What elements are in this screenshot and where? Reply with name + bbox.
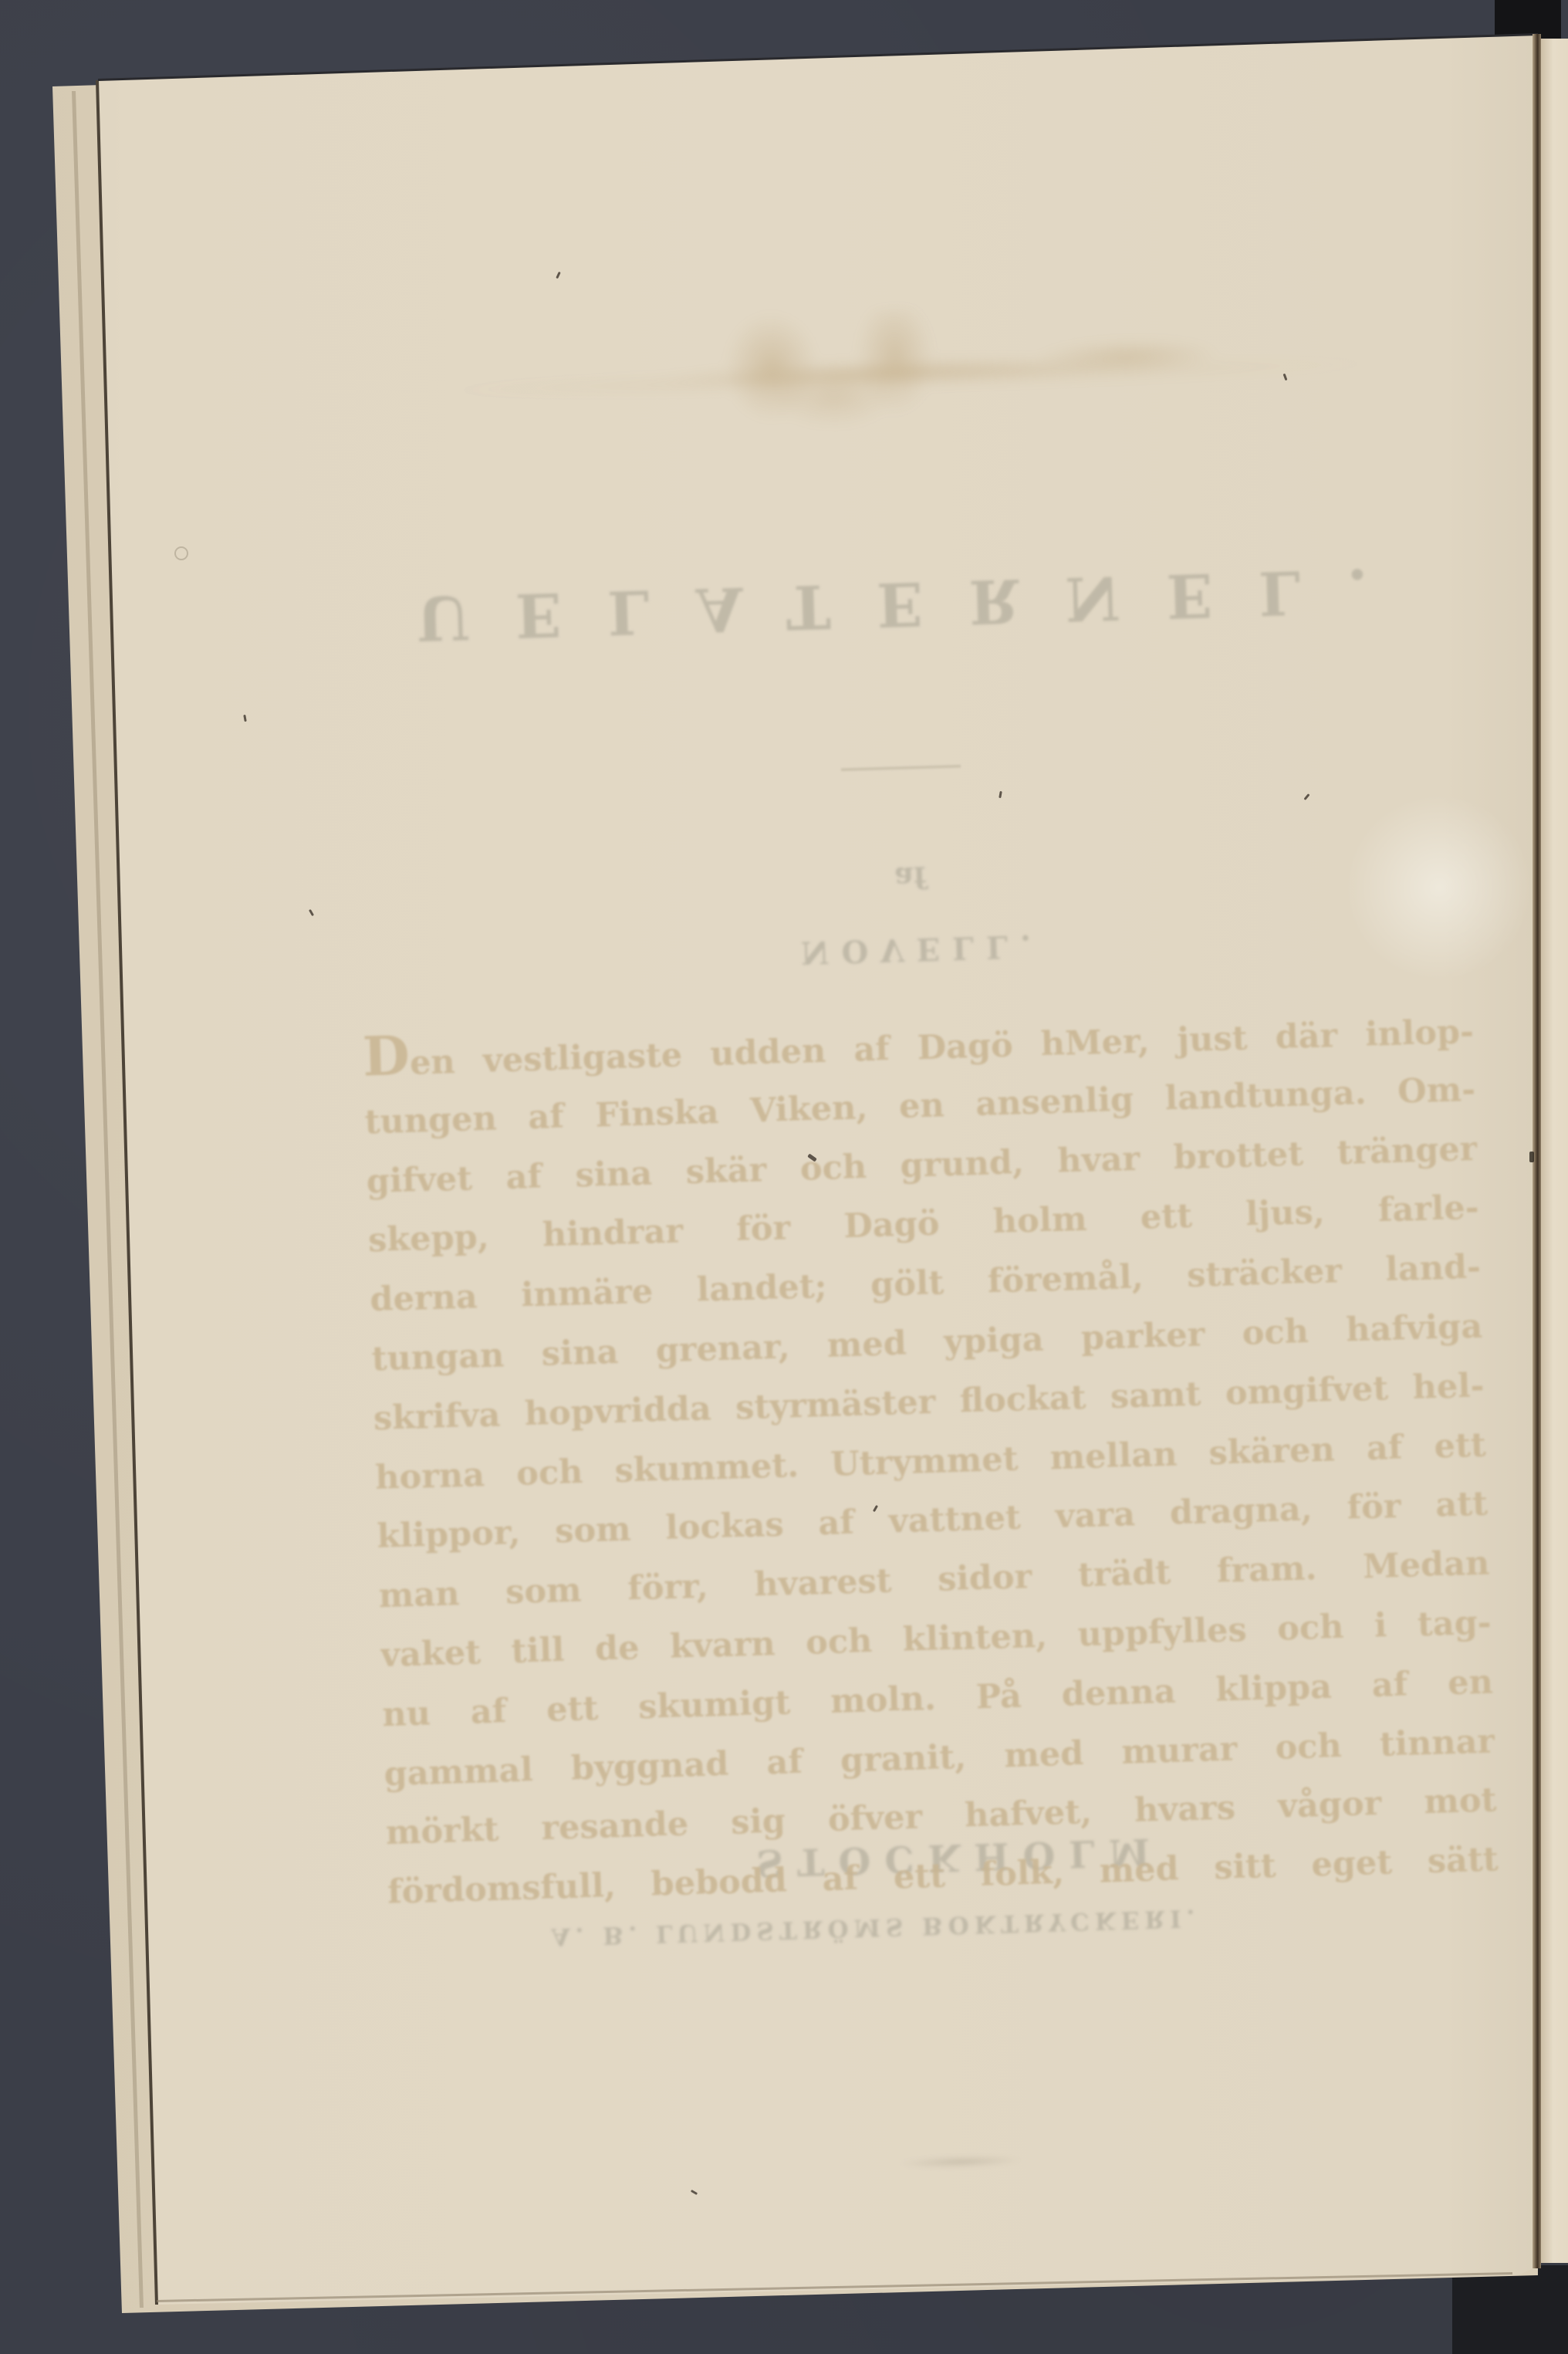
scanner-background-gap: [1561, 0, 1568, 39]
drop-initial: D: [362, 1023, 411, 1089]
show-through-body-text: Den vestligaste udden af Dagö hMer, just…: [362, 1001, 1499, 1923]
facing-page-sliver: [1541, 39, 1568, 2263]
scanner-dark-patch-bottom: [1452, 2265, 1568, 2354]
show-through-subtitle: NOVELL.: [794, 925, 1049, 972]
show-through-byline: af: [863, 857, 957, 898]
paper-blemish-ring: [174, 546, 188, 560]
gutter-mark: [1529, 1152, 1534, 1162]
book-gutter: [1533, 34, 1541, 2268]
